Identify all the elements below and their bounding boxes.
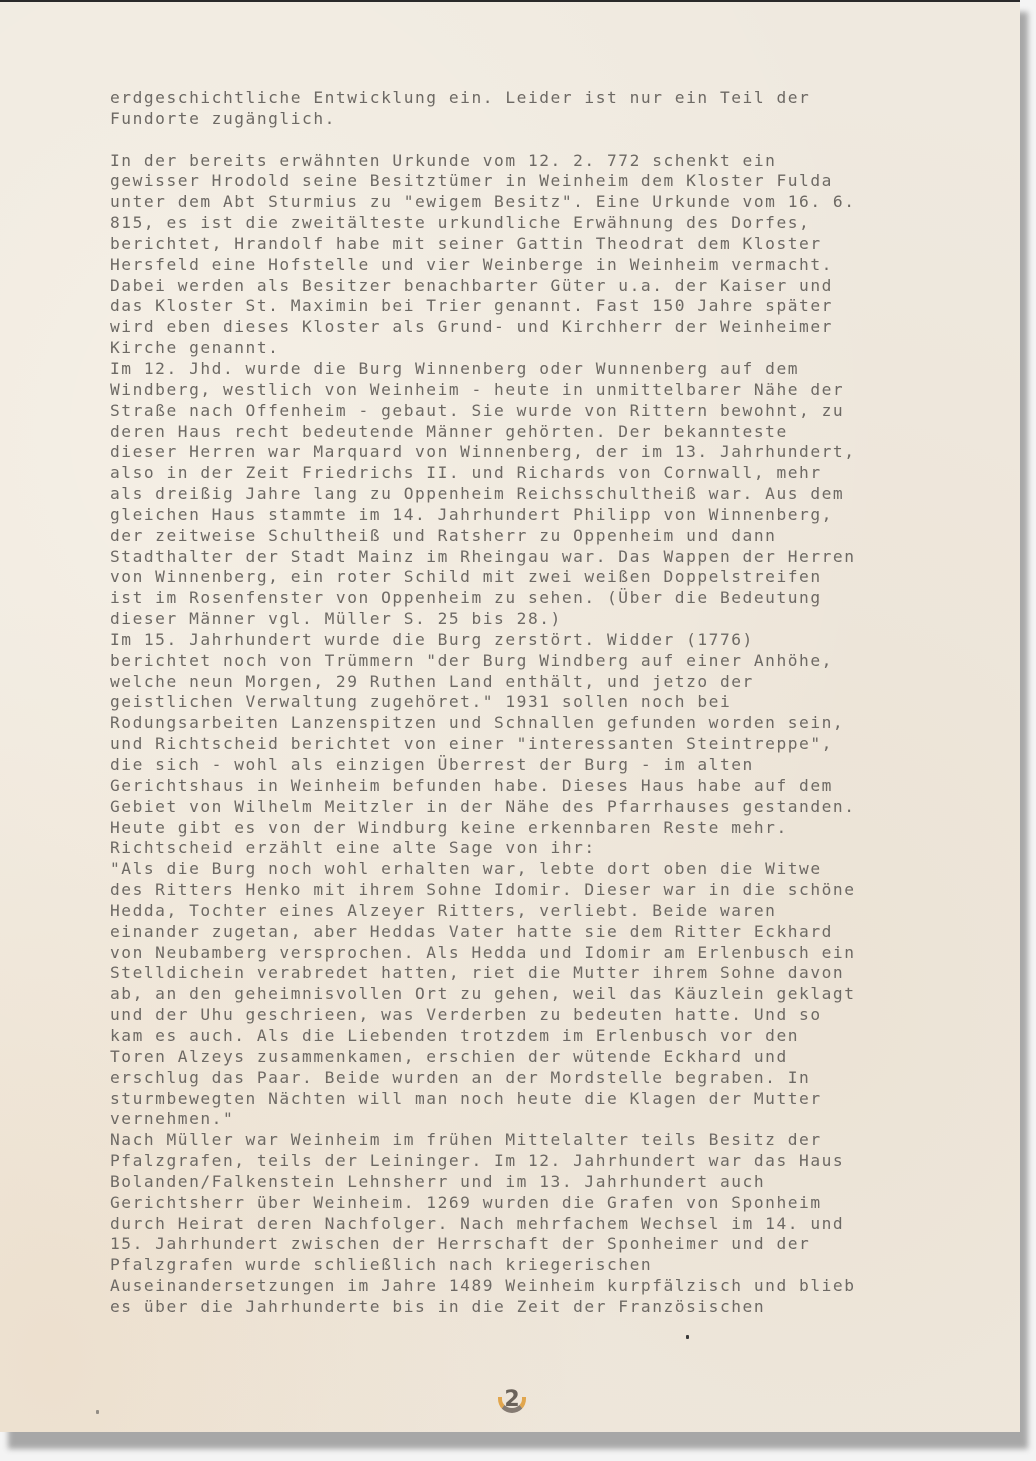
text-line: als dreißig Jahre lang zu Oppenheim Reic… — [110, 484, 950, 505]
text-line: Heute gibt es von der Windburg keine erk… — [110, 818, 950, 839]
text-line: Rodungsarbeiten Lanzenspitzen und Schnal… — [110, 713, 950, 734]
text-line: wird eben dieses Kloster als Grund- und … — [110, 317, 950, 338]
text-line: Fundorte zugänglich. — [110, 109, 950, 130]
text-line: geistlichen Verwaltung zugehöret." 1931 … — [110, 692, 950, 713]
text-line: es über die Jahrhunderte bis in die Zeit… — [110, 1297, 950, 1318]
text-line: deren Haus recht bedeutende Männer gehör… — [110, 422, 950, 443]
text-line: Pfalzgrafen wurde schließlich nach krieg… — [110, 1255, 950, 1276]
text-line: sturmbewegten Nächten will man noch heut… — [110, 1089, 950, 1110]
text-line: berichtet noch von Trümmern "der Burg Wi… — [110, 651, 950, 672]
text-line: Richtscheid erzählt eine alte Sage von i… — [110, 838, 950, 859]
text-line: Stadthalter der Stadt Mainz im Rheingau … — [110, 547, 950, 568]
text-line: Stelldichein verabredet hatten, riet die… — [110, 963, 950, 984]
text-line: berichtet, Hrandolf habe mit seiner Gatt… — [110, 234, 950, 255]
text-line: gewisser Hrodold seine Besitztümer in We… — [110, 171, 950, 192]
text-line: Straße nach Offenheim - gebaut. Sie wurd… — [110, 401, 950, 422]
text-line: kam es auch. Als die Liebenden trotzdem … — [110, 1026, 950, 1047]
text-line: Im 12. Jhd. wurde die Burg Winnenberg od… — [110, 359, 950, 380]
document-page: erdgeschichtliche Entwicklung ein. Leide… — [0, 0, 1020, 1432]
text-line: also in der Zeit Friedrichs II. und Rich… — [110, 463, 950, 484]
text-line: Gerichtsherr über Weinheim. 1269 wurden … — [110, 1193, 950, 1214]
text-line: und der Uhu geschrieen, was Verderben zu… — [110, 1005, 950, 1026]
paper-speck — [96, 1410, 99, 1414]
text-line: von Neubamberg versprochen. Als Hedda un… — [110, 943, 950, 964]
text-line: von Winnenberg, ein roter Schild mit zwe… — [110, 567, 950, 588]
text-line: Windberg, westlich von Weinheim - heute … — [110, 380, 950, 401]
text-line: Toren Alzeys zusammenkamen, erschien der… — [110, 1047, 950, 1068]
text-line: einander zugetan, aber Heddas Vater hatt… — [110, 922, 950, 943]
text-line: dieser Herren war Marquard von Winnenber… — [110, 442, 950, 463]
text-line: Gebiet von Wilhelm Meitzler in der Nähe … — [110, 797, 950, 818]
text-line — [110, 130, 950, 151]
text-line: dieser Männer vgl. Müller S. 25 bis 28.) — [110, 609, 950, 630]
text-line: 815, es ist die zweitälteste urkundliche… — [110, 213, 950, 234]
text-line: Pfalzgrafen, teils der Leininger. Im 12.… — [110, 1151, 950, 1172]
text-line: des Ritters Henko mit ihrem Sohne Idomir… — [110, 880, 950, 901]
text-line: der zeitweise Schultheiß und Ratsherr zu… — [110, 526, 950, 547]
body-text: erdgeschichtliche Entwicklung ein. Leide… — [110, 88, 950, 1318]
text-line: erdgeschichtliche Entwicklung ein. Leide… — [110, 88, 950, 109]
text-line: unter dem Abt Sturmius zu "ewigem Besitz… — [110, 192, 950, 213]
text-line: "Als die Burg noch wohl erhalten war, le… — [110, 859, 950, 880]
text-line: die sich - wohl als einzigen Überrest de… — [110, 755, 950, 776]
paper-speck — [686, 1335, 689, 1339]
text-line: ab, an den geheimnisvollen Ort zu gehen,… — [110, 984, 950, 1005]
text-line: erschlug das Paar. Beide wurden an der M… — [110, 1068, 950, 1089]
text-line: das Kloster St. Maximin bei Trier genann… — [110, 296, 950, 317]
text-line: gleichen Haus stammte im 14. Jahrhundert… — [110, 505, 950, 526]
text-line: Bolanden/Falkenstein Lehnsherr und im 13… — [110, 1172, 950, 1193]
page-number: 2 — [494, 1387, 530, 1423]
text-line: ist im Rosenfenster von Oppenheim zu seh… — [110, 588, 950, 609]
text-line: Nach Müller war Weinheim im frühen Mitte… — [110, 1130, 950, 1151]
text-line: Auseinandersetzungen im Jahre 1489 Weinh… — [110, 1276, 950, 1297]
text-line: durch Heirat deren Nachfolger. Nach mehr… — [110, 1214, 950, 1235]
text-line: In der bereits erwähnten Urkunde vom 12.… — [110, 151, 950, 172]
text-line: vernehmen." — [110, 1109, 950, 1130]
text-line: Hedda, Tochter eines Alzeyer Ritters, ve… — [110, 901, 950, 922]
text-line: Gerichtshaus in Weinheim befunden habe. … — [110, 776, 950, 797]
text-line: und Richtscheid berichtet von einer "int… — [110, 734, 950, 755]
text-line: Hersfeld eine Hofstelle und vier Weinber… — [110, 255, 950, 276]
text-line: Kirche genannt. — [110, 338, 950, 359]
text-line: welche neun Morgen, 29 Ruthen Land enthä… — [110, 672, 950, 693]
text-line: 15. Jahrhundert zwischen der Herrschaft … — [110, 1234, 950, 1255]
page-number-text: 2 — [494, 1387, 530, 1413]
text-line: Dabei werden als Besitzer benachbarter G… — [110, 276, 950, 297]
text-line: Im 15. Jahrhundert wurde die Burg zerstö… — [110, 630, 950, 651]
